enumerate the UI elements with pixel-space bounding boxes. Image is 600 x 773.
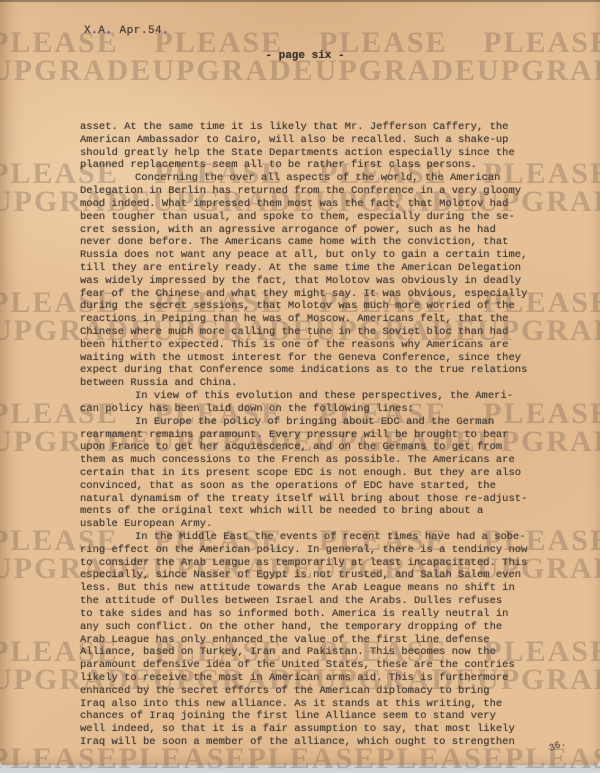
text-line: them as much concessions to the French a… xyxy=(80,454,550,467)
text-line: been hitherto expected. This is one of t… xyxy=(80,339,550,352)
text-line: asset. At the same time it is likely tha… xyxy=(80,121,550,134)
text-line: especially, since Nasser of Egypt is not… xyxy=(80,569,550,582)
text-line: chances of Iraq joining the first line A… xyxy=(80,710,550,723)
text-line: to take sides and has so informed both. … xyxy=(80,608,550,621)
text-line: In the Middle East the events of recent … xyxy=(80,531,550,544)
text-line: reactions in Peiping than he was of Mosc… xyxy=(80,313,550,326)
text-line: Iraq will be soon a member of the allian… xyxy=(80,736,550,749)
text-line: paramount defensive idea of the United S… xyxy=(80,659,550,672)
text-line: Delegation in Berlin has returned from t… xyxy=(80,185,550,198)
text-line: American Ambassador to Cairo, will also … xyxy=(80,134,550,147)
purple-period: . xyxy=(162,25,169,37)
paragraph: Concerning the over all aspects of the w… xyxy=(80,172,550,390)
watermark-word: UPGRADE xyxy=(0,56,152,86)
paragraph: In Europe the policy of bringing about E… xyxy=(80,416,550,531)
text-line: Arab League has only enhanced the value … xyxy=(80,634,550,647)
purple-period: . xyxy=(256,429,262,441)
text-line: Concerning the over all aspects of the w… xyxy=(80,172,550,185)
text-line: Alliance, based on Turkey, Iran and Paki… xyxy=(80,646,550,659)
text-line: to consider the Arab League as temporari… xyxy=(80,557,550,570)
text-line: planned replacements seem all to be rath… xyxy=(80,159,550,172)
purple-period: . xyxy=(91,25,98,37)
text-line: ments of the original text which will be… xyxy=(80,505,550,518)
text-line: between Russia and China. xyxy=(80,377,550,390)
text-line: less. But this new attitude towards the … xyxy=(80,582,550,595)
paragraph: asset. At the same time it is likely tha… xyxy=(80,121,550,172)
text-line: well indeed, so that it is a fair assump… xyxy=(80,723,550,736)
text-line: convinced, that as soon as the operation… xyxy=(80,480,550,493)
page-label: - page six - xyxy=(265,50,344,62)
text-line: expect during that Conference some indic… xyxy=(80,364,550,377)
text-line: rearmament remains paramount. Every pres… xyxy=(80,429,550,442)
text-line: fear of the Chinese and what they might … xyxy=(80,288,550,301)
text-line: never done before. The Americans came ho… xyxy=(80,236,550,249)
text-line: In Europe the policy of bringing about E… xyxy=(80,416,550,429)
text-line: natural dynamism of the treaty itself wi… xyxy=(80,493,550,506)
text-line: cret session, with an agressive arroganc… xyxy=(80,224,550,237)
text-line: the attitude of Dulles between Israel an… xyxy=(80,595,550,608)
paragraph: In view of this evolution and these pers… xyxy=(80,390,550,416)
document-body: asset. At the same time it is likely tha… xyxy=(80,121,550,749)
watermark-word: UPGRADE xyxy=(477,56,600,86)
text-line: been tougher than usual, and spoke to th… xyxy=(80,211,550,224)
text-line: mood indeed. What impressed them most wa… xyxy=(80,198,550,211)
text-line: Chinese where much more calling the tune… xyxy=(80,326,550,339)
text-line: should greatly help the State Department… xyxy=(80,147,550,160)
text-line: likely to receive the most in American a… xyxy=(80,672,550,685)
text-line: till they are entirely ready. At the sam… xyxy=(80,262,550,275)
scanned-document-page: PLEASEPLEASEPLEASEPLEASEUPGRADEUPGRADEUP… xyxy=(0,0,600,773)
text-line: was widely impressed by the fact, that M… xyxy=(80,275,550,288)
paragraph: In the Middle East the events of recent … xyxy=(80,531,550,749)
text-line: enhanced by the secret efforts of the Am… xyxy=(80,685,550,698)
text-line: usable European Army. xyxy=(80,518,550,531)
text-line: during the secret sessions, that Molotov… xyxy=(80,300,550,313)
document-ref: X.A. Apr.54. xyxy=(84,25,169,37)
text-line: ring effect on the American policy. In g… xyxy=(80,544,550,557)
text-line: waiting with the utmost interest for the… xyxy=(80,352,550,365)
text-line: In view of this evolution and these pers… xyxy=(80,390,550,403)
text-line: certain that in its present scope EDC is… xyxy=(80,467,550,480)
text-line: upon France to get her acquiescence, and… xyxy=(80,441,550,454)
text-line: can policy has been laid down on the fol… xyxy=(80,403,550,416)
text-line: Iraq also into this new alliance. As it … xyxy=(80,698,550,711)
text-line: Russia does not want any peace at all, b… xyxy=(80,249,550,262)
purple-period: . xyxy=(105,25,112,37)
text-line: any such conflict. On the other hand, th… xyxy=(80,621,550,634)
purple-period: . xyxy=(471,159,477,171)
